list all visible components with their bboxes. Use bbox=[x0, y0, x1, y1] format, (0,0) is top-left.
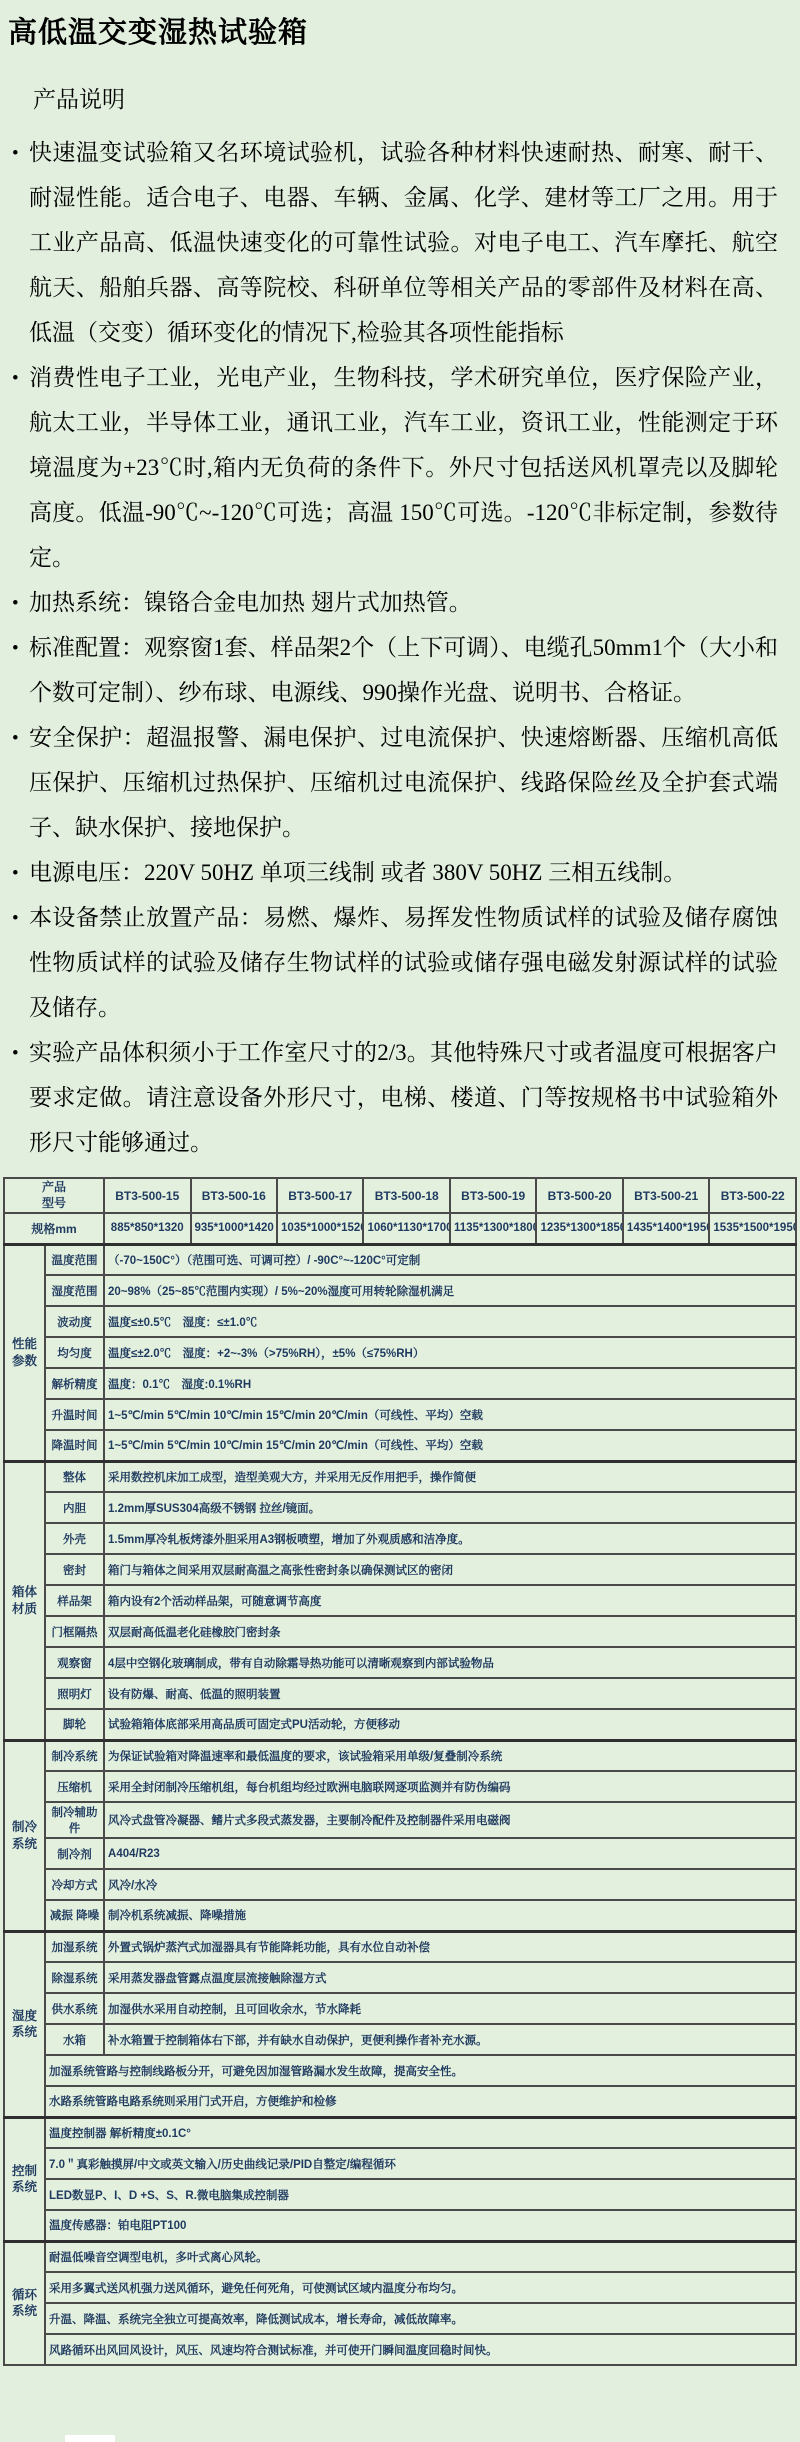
white-render-artifact bbox=[65, 2435, 115, 2442]
row-label-cell: 照明灯 bbox=[45, 1678, 104, 1709]
row-value-cell: 温度≤±0.5℃ 湿度：≤±1.0℃ bbox=[104, 1306, 796, 1337]
table-row: 门框隔热双层耐高低温老化硅橡胶门密封条 bbox=[4, 1616, 796, 1647]
table-row: 制冷剂A404/R23 bbox=[4, 1838, 796, 1869]
bullet-item: •消费性电子工业，光电产业，生物科技，学术研究单位，医疗保险产业，航太工业，半导… bbox=[12, 355, 778, 580]
bullet-item: •实验产品体积须小于工作室尺寸的2/3。其他特殊尺寸或者温度可根据客户要求定做。… bbox=[12, 1030, 778, 1165]
row-value-cell: 水路系统管路电路系统则采用门式开启，方便维护和检修 bbox=[45, 2086, 796, 2117]
table-row: 制冷系统制冷系统为保证试验箱对降温速率和最低温度的要求，该试验箱采用单级/复叠制… bbox=[4, 1740, 796, 1771]
table-row: 控制系统温度控制器 解析精度±0.1C° bbox=[4, 2117, 796, 2148]
row-label-cell: 制冷系统 bbox=[45, 1740, 104, 1771]
table-row: 箱体材质整体采用数控机床加工成型，造型美观大方，并采用无反作用把手，操作简便 bbox=[4, 1461, 796, 1492]
model-header-cell: BT3-500-22 bbox=[709, 1178, 796, 1213]
bullet-icon: • bbox=[12, 896, 19, 941]
row-label-cell: 压缩机 bbox=[45, 1771, 104, 1802]
size-value-cell: 1435*1400*1950 bbox=[623, 1213, 709, 1244]
bullet-text: 快速温变试验箱又名环境试验机，试验各种材料快速耐热、耐寒、耐干、耐湿性能。适合电… bbox=[29, 140, 778, 345]
row-value-cell: 设有防爆、耐高、低温的照明装置 bbox=[104, 1678, 796, 1709]
table-row: 密封箱门与箱体之间采用双层耐高温之高张性密封条以确保测试区的密闭 bbox=[4, 1554, 796, 1585]
row-label-cell: 解析精度 bbox=[45, 1368, 104, 1399]
bullet-item: •本设备禁止放置产品：易燃、爆炸、易挥发性物质试样的试验及储存腐蚀性物质试样的试… bbox=[12, 895, 778, 1030]
table-row: 照明灯设有防爆、耐高、低温的照明装置 bbox=[4, 1678, 796, 1709]
group-name-cell: 循环系统 bbox=[4, 2241, 45, 2365]
row-value-cell: 为保证试验箱对降温速率和最低温度的要求，该试验箱采用单级/复叠制冷系统 bbox=[104, 1740, 796, 1771]
table-row: 降温时间1~5℃/min 5℃/min 10℃/min 15℃/min 20℃/… bbox=[4, 1430, 796, 1461]
table-row: 湿度范围20~98%（25~85℃范围内实现）/ 5%~20%湿度可用转轮除湿机… bbox=[4, 1275, 796, 1306]
row-value-cell: 温度：0.1℃ 湿度:0.1%RH bbox=[104, 1368, 796, 1399]
table-row: 升温时间1~5℃/min 5℃/min 10℃/min 15℃/min 20℃/… bbox=[4, 1399, 796, 1430]
group-name-cell: 湿度系统 bbox=[4, 1931, 45, 2117]
row-label-cell: 内胆 bbox=[45, 1492, 104, 1523]
group-name-label: 湿度系统 bbox=[11, 2008, 38, 2041]
row-label-cell: 水箱 bbox=[45, 2024, 104, 2055]
table-row: 温度传感器：铂电阻PT100 bbox=[4, 2210, 796, 2241]
table-row: 解析精度温度：0.1℃ 湿度:0.1%RH bbox=[4, 1368, 796, 1399]
size-value-cell: 1535*1500*1950 bbox=[709, 1213, 796, 1244]
row-value-cell: 外置式锅炉蒸汽式加湿器具有节能降耗功能，具有水位自动补偿 bbox=[104, 1931, 796, 1962]
row-value-cell: 箱门与箱体之间采用双层耐高温之高张性密封条以确保测试区的密闭 bbox=[104, 1554, 796, 1585]
row-value-cell: 加湿系统管路与控制线路板分开，可避免因加湿管路漏水发生故障，提高安全性。 bbox=[45, 2055, 796, 2086]
table-row: 循环系统耐温低噪音空调型电机，多叶式离心风轮。 bbox=[4, 2241, 796, 2272]
row-label-cell: 除湿系统 bbox=[45, 1962, 104, 1993]
bullet-text: 消费性电子工业，光电产业，生物科技，学术研究单位，医疗保险产业，航太工业，半导体… bbox=[29, 365, 778, 570]
row-value-cell: 温度控制器 解析精度±0.1C° bbox=[45, 2117, 796, 2148]
group-name-cell: 箱体材质 bbox=[4, 1461, 45, 1740]
bullet-text: 电源电压：220V 50HZ 单项三线制 或者 380V 50HZ 三相五线制。 bbox=[29, 860, 686, 885]
model-header-cell: BT3-500-18 bbox=[363, 1178, 449, 1213]
row-value-cell: 耐温低噪音空调型电机，多叶式离心风轮。 bbox=[45, 2241, 796, 2272]
row-label-cell: 供水系统 bbox=[45, 1993, 104, 2024]
corner-header-cell: 产品型号 bbox=[4, 1178, 104, 1213]
row-value-cell: 7.0＂真彩触摸屏/中文或英文输入/历史曲线记录/PID自整定/编程循环 bbox=[45, 2148, 796, 2179]
table-row: 湿度系统加湿系统外置式锅炉蒸汽式加湿器具有节能降耗功能，具有水位自动补偿 bbox=[4, 1931, 796, 1962]
table-row: 风路循环出风回风设计，风压、风速均符合测试标准，并可使开门瞬间温度回稳时间快。 bbox=[4, 2334, 796, 2365]
bullet-item: •快速温变试验箱又名环境试验机，试验各种材料快速耐热、耐寒、耐干、耐湿性能。适合… bbox=[12, 130, 778, 355]
table-header-row: 产品型号BT3-500-15BT3-500-16BT3-500-17BT3-50… bbox=[4, 1178, 796, 1213]
row-value-cell: 双层耐高低温老化硅橡胶门密封条 bbox=[104, 1616, 796, 1647]
row-value-cell: 采用数控机床加工成型，造型美观大方，并采用无反作用把手，操作简便 bbox=[104, 1461, 796, 1492]
row-value-cell: 风冷式盘管冷凝器、鳍片式多段式蒸发器，主要制冷配件及控制器件采用电磁阀 bbox=[104, 1802, 796, 1838]
size-label-cell: 规格mm bbox=[4, 1213, 104, 1244]
bullet-item: •电源电压：220V 50HZ 单项三线制 或者 380V 50HZ 三相五线制… bbox=[12, 850, 778, 895]
table-row: 升温、降温、系统完全独立可提高效率，降低测试成本，增长寿命，减低故障率。 bbox=[4, 2303, 796, 2334]
row-value-cell: 1.5mm厚冷轧板烤漆外胆采用A3钢板喷塑，增加了外观质感和洁净度。 bbox=[104, 1523, 796, 1554]
table-row: 样品架箱内设有2个活动样品架，可随意调节高度 bbox=[4, 1585, 796, 1616]
size-value-cell: 885*850*1320 bbox=[104, 1213, 190, 1244]
row-label-cell: 观察窗 bbox=[45, 1647, 104, 1678]
row-label-cell: 整体 bbox=[45, 1461, 104, 1492]
page-title: 高低温交变湿热试验箱 bbox=[8, 10, 800, 51]
group-name-cell: 控制系统 bbox=[4, 2117, 45, 2241]
product-spec-document: 高低温交变湿热试验箱 产品说明 •快速温变试验箱又名环境试验机，试验各种材料快速… bbox=[0, 0, 800, 2442]
row-label-cell: 门框隔热 bbox=[45, 1616, 104, 1647]
row-value-cell: 制冷机系统减振、降噪措施 bbox=[104, 1900, 796, 1931]
table-row: 波动度温度≤±0.5℃ 湿度：≤±1.0℃ bbox=[4, 1306, 796, 1337]
row-label-cell: 升温时间 bbox=[45, 1399, 104, 1430]
row-label-cell: 脚轮 bbox=[45, 1709, 104, 1740]
row-value-cell: 20~98%（25~85℃范围内实现）/ 5%~20%湿度可用转轮除湿机满足 bbox=[104, 1275, 796, 1306]
model-header-cell: BT3-500-16 bbox=[191, 1178, 277, 1213]
table-row: 均匀度温度≤±2.0℃ 湿度：+2~-3%（>75%RH），±5%（≤75%RH… bbox=[4, 1337, 796, 1368]
group-name-label: 性能参数 bbox=[11, 1336, 38, 1369]
row-value-cell: 升温、降温、系统完全独立可提高效率，降低测试成本，增长寿命，减低故障率。 bbox=[45, 2303, 796, 2334]
model-header-cell: BT3-500-17 bbox=[277, 1178, 363, 1213]
row-label-cell: 外壳 bbox=[45, 1523, 104, 1554]
row-value-cell: 4层中空钢化玻璃制成，带有自动除霜导热功能可以清晰观察到内部试验物品 bbox=[104, 1647, 796, 1678]
group-name-label: 循环系统 bbox=[11, 2287, 38, 2320]
row-value-cell: 风路循环出风回风设计，风压、风速均符合测试标准，并可使开门瞬间温度回稳时间快。 bbox=[45, 2334, 796, 2365]
row-value-cell: 加湿供水采用自动控制，且可回收余水，节水降耗 bbox=[104, 1993, 796, 2024]
group-name-label: 箱体材质 bbox=[11, 1584, 38, 1617]
table-row: 减振 降噪制冷机系统减振、降噪措施 bbox=[4, 1900, 796, 1931]
row-label-cell: 均匀度 bbox=[45, 1337, 104, 1368]
table-row: 观察窗4层中空钢化玻璃制成，带有自动除霜导热功能可以清晰观察到内部试验物品 bbox=[4, 1647, 796, 1678]
row-label-cell: 冷却方式 bbox=[45, 1869, 104, 1900]
size-value-cell: 935*1000*1420 bbox=[191, 1213, 277, 1244]
table-row: 水路系统管路电路系统则采用门式开启，方便维护和检修 bbox=[4, 2086, 796, 2117]
bullet-text: 本设备禁止放置产品：易燃、爆炸、易挥发性物质试样的试验及储存腐蚀性物质试样的试验… bbox=[29, 905, 778, 1020]
model-header-cell: BT3-500-20 bbox=[536, 1178, 622, 1213]
bullet-icon: • bbox=[12, 131, 19, 176]
bullet-text: 安全保护：超温报警、漏电保护、过电流保护、快速熔断器、压缩机高低压保护、压缩机过… bbox=[29, 725, 778, 840]
row-value-cell: 采用蒸发器盘管露点温度层流接触除湿方式 bbox=[104, 1962, 796, 1993]
row-label-cell: 减振 降噪 bbox=[45, 1900, 104, 1931]
row-label-cell: 密封 bbox=[45, 1554, 104, 1585]
bullet-icon: • bbox=[12, 356, 19, 401]
bullet-item: •标准配置：观察窗1套、样品架2个（上下可调）、电缆孔50mm1个（大小和个数可… bbox=[12, 625, 778, 715]
row-value-cell: 温度传感器：铂电阻PT100 bbox=[45, 2210, 796, 2241]
table-row: 除湿系统采用蒸发器盘管露点温度层流接触除湿方式 bbox=[4, 1962, 796, 1993]
row-value-cell: 1~5℃/min 5℃/min 10℃/min 15℃/min 20℃/min（… bbox=[104, 1399, 796, 1430]
group-name-label: 控制系统 bbox=[11, 2163, 38, 2196]
bullet-icon: • bbox=[12, 581, 19, 626]
bullet-icon: • bbox=[12, 1031, 19, 1076]
table-row: 供水系统加湿供水采用自动控制，且可回收余水，节水降耗 bbox=[4, 1993, 796, 2024]
bullet-icon: • bbox=[12, 851, 19, 896]
table-row: 外壳1.5mm厚冷轧板烤漆外胆采用A3钢板喷塑，增加了外观质感和洁净度。 bbox=[4, 1523, 796, 1554]
row-label-cell: 加湿系统 bbox=[45, 1931, 104, 1962]
row-value-cell: 补水箱置于控制箱体右下部，并有缺水自动保护，更便利操作者补充水源。 bbox=[104, 2024, 796, 2055]
bullet-text: 实验产品体积须小于工作室尺寸的2/3。其他特殊尺寸或者温度可根据客户要求定做。请… bbox=[29, 1040, 778, 1155]
table-row: 内胆1.2mm厚SUS304高级不锈钢 拉丝/镜面。 bbox=[4, 1492, 796, 1523]
table-row: 脚轮试验箱箱体底部采用高品质可固定式PU活动轮，方便移动 bbox=[4, 1709, 796, 1740]
row-value-cell: 风冷/水冷 bbox=[104, 1869, 796, 1900]
row-value-cell: LED数显P、I、D +S、S、R.微电脑集成控制器 bbox=[45, 2179, 796, 2210]
row-value-cell: 试验箱箱体底部采用高品质可固定式PU活动轮，方便移动 bbox=[104, 1709, 796, 1740]
row-value-cell: A404/R23 bbox=[104, 1838, 796, 1869]
table-row: 性能参数温度范围（-70~150C°）（范围可选、可调可控）/ -90C°~-1… bbox=[4, 1244, 796, 1275]
table-row: LED数显P、I、D +S、S、R.微电脑集成控制器 bbox=[4, 2179, 796, 2210]
table-row: 采用多翼式送风机强力送风循环，避免任何死角，可使测试区域内温度分布均匀。 bbox=[4, 2272, 796, 2303]
row-value-cell: 1.2mm厚SUS304高级不锈钢 拉丝/镜面。 bbox=[104, 1492, 796, 1523]
size-value-cell: 1135*1300*1800 bbox=[450, 1213, 536, 1244]
table-row: 7.0＂真彩触摸屏/中文或英文输入/历史曲线记录/PID自整定/编程循环 bbox=[4, 2148, 796, 2179]
row-label-cell: 降温时间 bbox=[45, 1430, 104, 1461]
table-row: 冷却方式风冷/水冷 bbox=[4, 1869, 796, 1900]
table-row: 加湿系统管路与控制线路板分开，可避免因加湿管路漏水发生故障，提高安全性。 bbox=[4, 2055, 796, 2086]
model-header-cell: BT3-500-21 bbox=[623, 1178, 709, 1213]
section-subtitle: 产品说明 bbox=[33, 81, 800, 114]
row-label-cell: 制冷剂 bbox=[45, 1838, 104, 1869]
row-value-cell: 箱内设有2个活动样品架，可随意调节高度 bbox=[104, 1585, 796, 1616]
row-value-cell: 温度≤±2.0℃ 湿度：+2~-3%（>75%RH），±5%（≤75%RH） bbox=[104, 1337, 796, 1368]
row-label-cell: 制冷辅助件 bbox=[45, 1802, 104, 1838]
product-description-list: •快速温变试验箱又名环境试验机，试验各种材料快速耐热、耐寒、耐干、耐湿性能。适合… bbox=[12, 130, 778, 1165]
model-header-cell: BT3-500-15 bbox=[104, 1178, 190, 1213]
spec-table: 产品型号BT3-500-15BT3-500-16BT3-500-17BT3-50… bbox=[3, 1177, 797, 2366]
corner-header-label: 产品型号 bbox=[41, 1180, 67, 1211]
bullet-icon: • bbox=[12, 626, 19, 671]
size-value-cell: 1235*1300*1850 bbox=[536, 1213, 622, 1244]
size-row: 规格mm885*850*1320935*1000*14201035*1000*1… bbox=[4, 1213, 796, 1244]
row-value-cell: （-70~150C°）（范围可选、可调可控）/ -90C°~-120C°可定制 bbox=[104, 1244, 796, 1275]
bullet-item: •安全保护：超温报警、漏电保护、过电流保护、快速熔断器、压缩机高低压保护、压缩机… bbox=[12, 715, 778, 850]
row-label-cell: 湿度范围 bbox=[45, 1275, 104, 1306]
size-value-cell: 1060*1130*1700 bbox=[363, 1213, 449, 1244]
bullet-text: 标准配置：观察窗1套、样品架2个（上下可调）、电缆孔50mm1个（大小和个数可定… bbox=[29, 635, 778, 705]
size-value-cell: 1035*1000*1520 bbox=[277, 1213, 363, 1244]
bullet-item: •加热系统：镍铬合金电加热 翅片式加热管。 bbox=[12, 580, 778, 625]
group-name-label: 制冷系统 bbox=[11, 1819, 38, 1852]
row-label-cell: 温度范围 bbox=[45, 1244, 104, 1275]
table-row: 水箱补水箱置于控制箱体右下部，并有缺水自动保护，更便利操作者补充水源。 bbox=[4, 2024, 796, 2055]
table-row: 压缩机采用全封闭制冷压缩机组，每台机组均经过欧洲电脑联网逐项监测并有防伪编码 bbox=[4, 1771, 796, 1802]
row-value-cell: 采用多翼式送风机强力送风循环，避免任何死角，可使测试区域内温度分布均匀。 bbox=[45, 2272, 796, 2303]
row-value-cell: 1~5℃/min 5℃/min 10℃/min 15℃/min 20℃/min（… bbox=[104, 1430, 796, 1461]
table-row: 制冷辅助件风冷式盘管冷凝器、鳍片式多段式蒸发器，主要制冷配件及控制器件采用电磁阀 bbox=[4, 1802, 796, 1838]
group-name-cell: 性能参数 bbox=[4, 1244, 45, 1461]
group-name-cell: 制冷系统 bbox=[4, 1740, 45, 1931]
bullet-icon: • bbox=[12, 716, 19, 761]
bullet-text: 加热系统：镍铬合金电加热 翅片式加热管。 bbox=[29, 590, 472, 615]
row-value-cell: 采用全封闭制冷压缩机组，每台机组均经过欧洲电脑联网逐项监测并有防伪编码 bbox=[104, 1771, 796, 1802]
row-label-cell: 波动度 bbox=[45, 1306, 104, 1337]
row-label-cell: 样品架 bbox=[45, 1585, 104, 1616]
model-header-cell: BT3-500-19 bbox=[450, 1178, 536, 1213]
